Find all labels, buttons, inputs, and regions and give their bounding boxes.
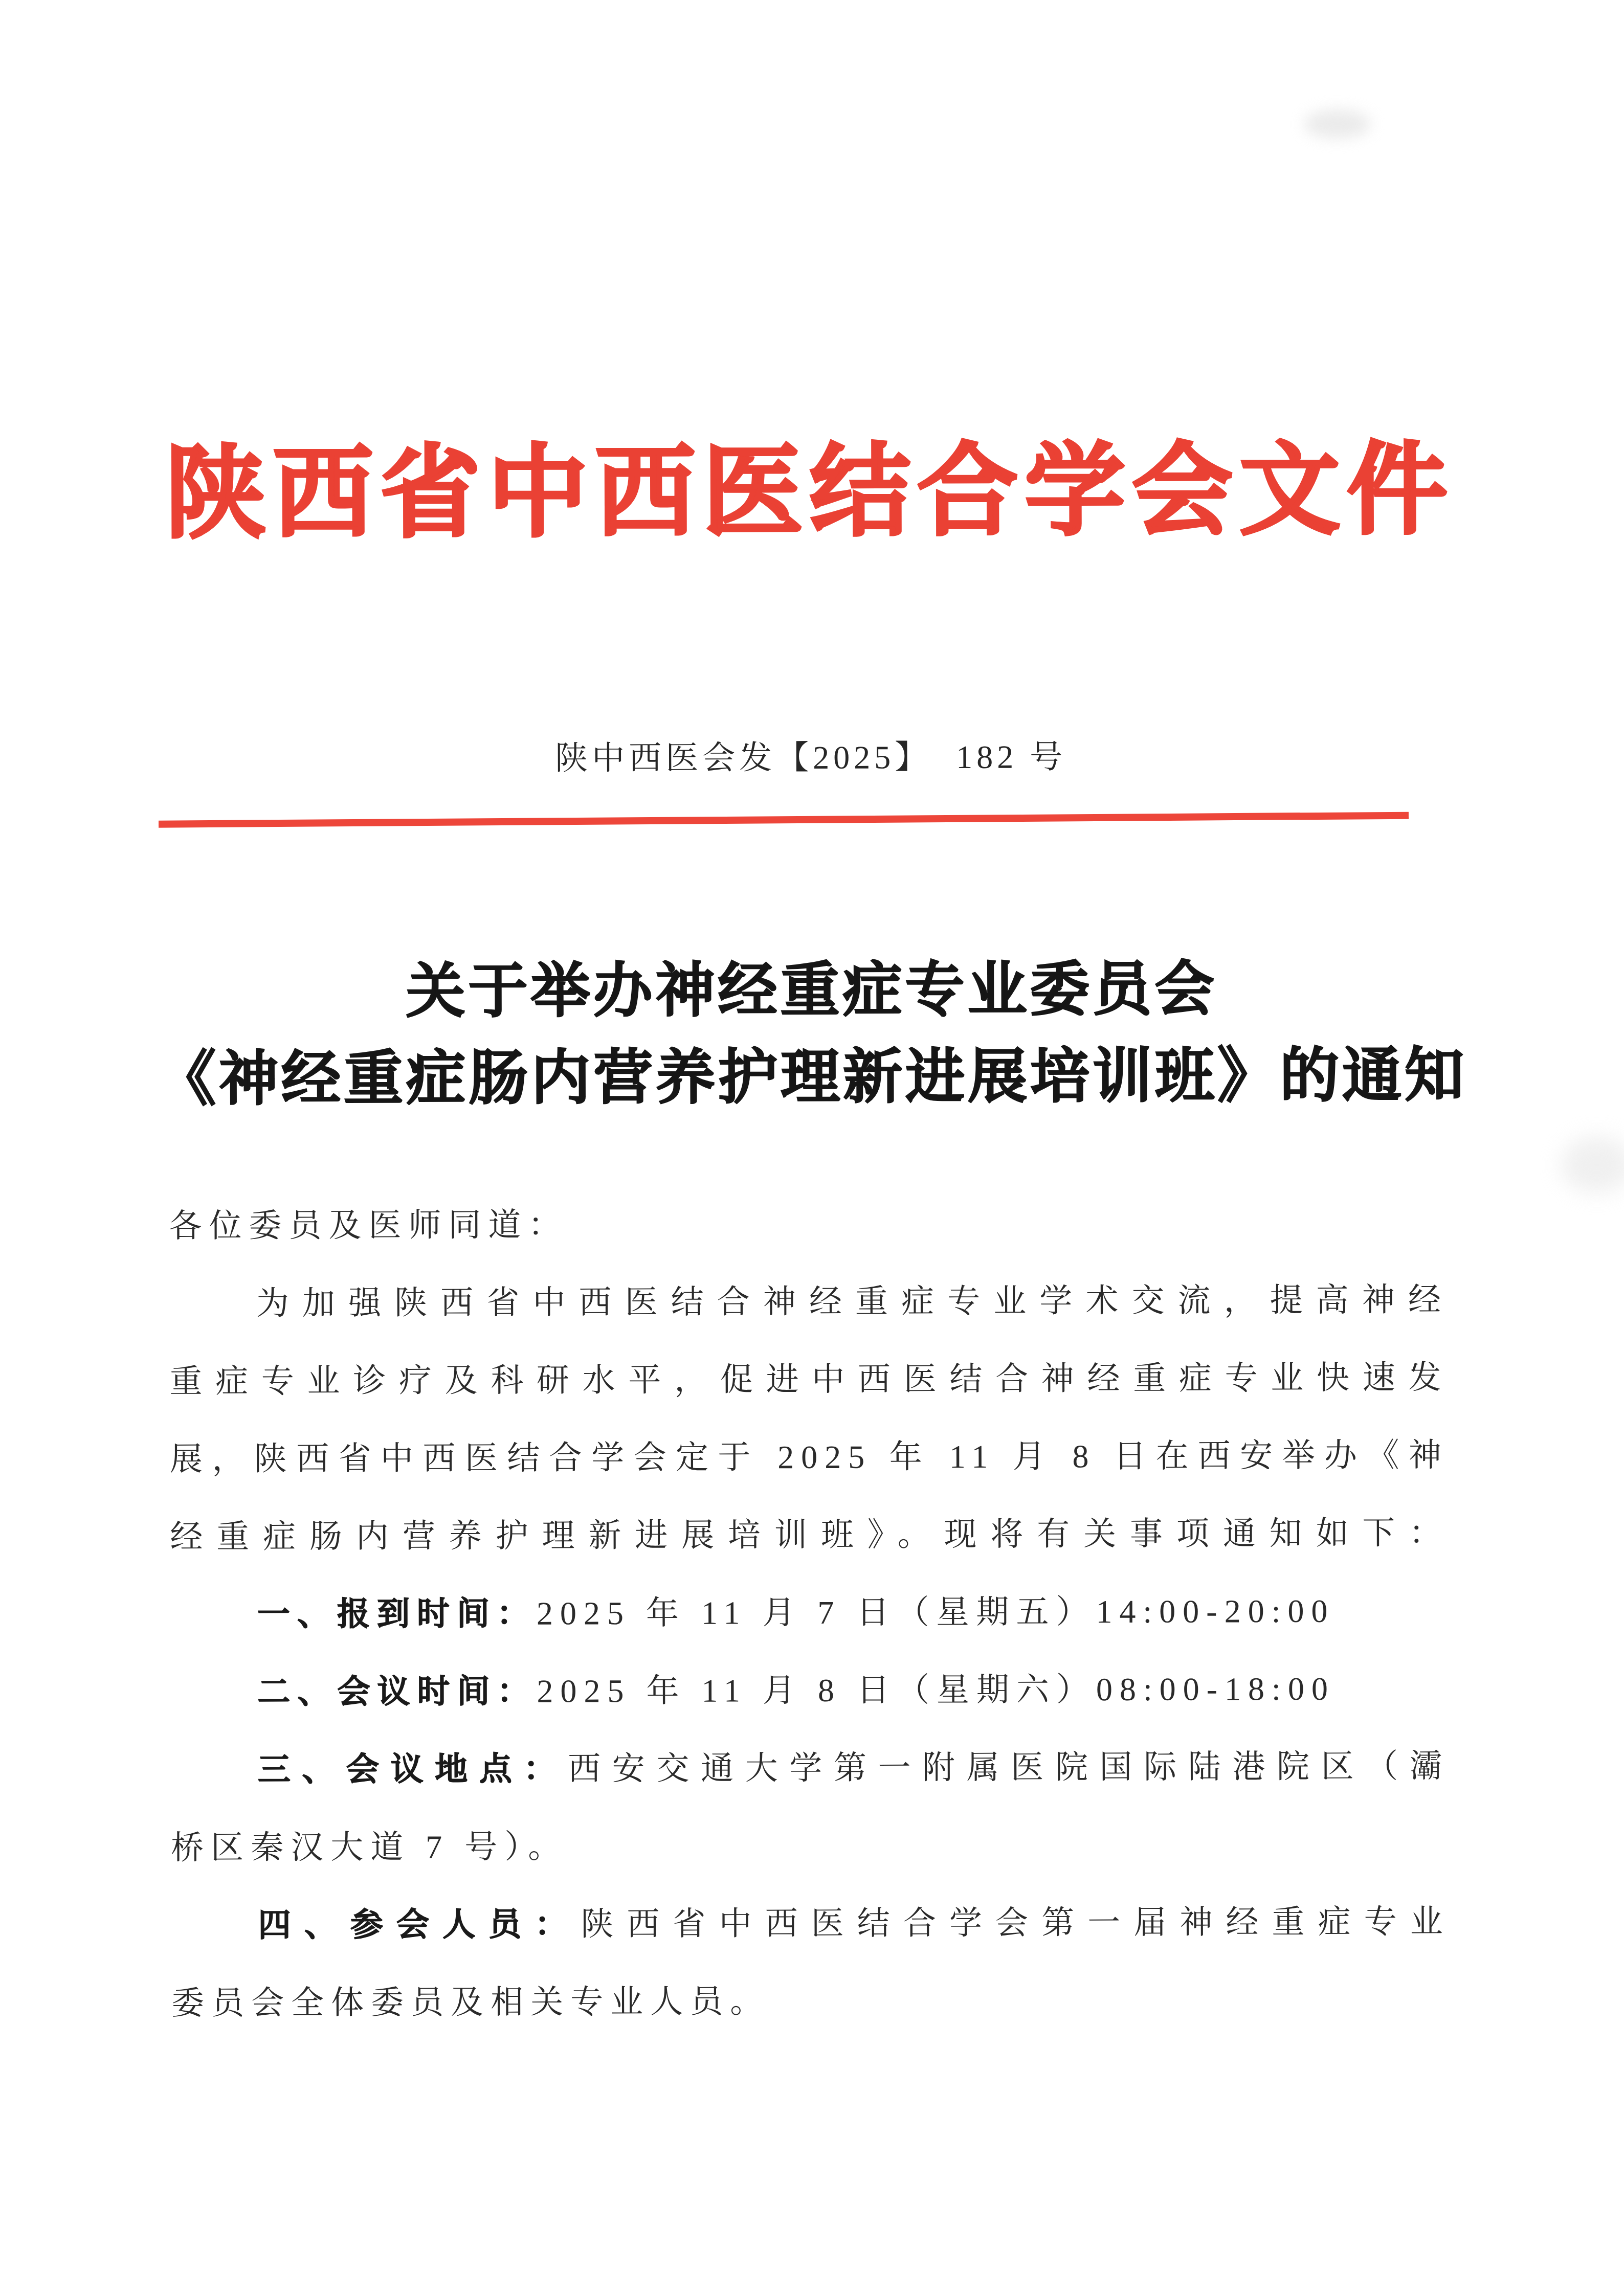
- salutation-text: 各位委员及医师同道：: [169, 1206, 568, 1244]
- body-line-label: 二、会议时间：: [257, 1673, 537, 1710]
- body-line-text: 重症专业诊疗及科研水平，促进中西医结合神经重症专业快速发: [169, 1359, 1448, 1400]
- org-title: 陕西省中西医结合学会文件: [0, 428, 1622, 558]
- body-line-text: 2025 年 11 月 7 日（星期五）14:00-20:00: [537, 1593, 1335, 1632]
- body-line: 三、会议地点：西安交通大学第一附属医院国际陆港院区（灞: [171, 1727, 1450, 1809]
- body-text: 各位委员及医师同道： 为加强陕西省中西医结合神经重症专业学术交流，提高神经 重症…: [169, 1183, 1450, 2042]
- notice-title-line2: 《神经重症肠内营养护理新进展培训班》的通知: [0, 1037, 1624, 1119]
- body-line-label: 四、参会人员：: [258, 1906, 581, 1943]
- body-line: 委员会全体委员及相关专业人员。: [171, 1961, 1450, 2042]
- document-content: 陕西省中西医结合学会文件 陕中西医会发【2025】 182 号 关于举办神经重症…: [0, 0, 1624, 2296]
- body-line-text: 经重症肠内营养护理新进展培训班》。现将有关事项通知如下：: [170, 1515, 1449, 1555]
- body-line-text: 委员会全体委员及相关专业人员。: [171, 1983, 770, 2021]
- notice-title-line1: 关于举办神经重症专业委员会: [0, 950, 1623, 1032]
- scan-smudge: [1561, 1137, 1624, 1193]
- body-line: 一、报到时间：2025 年 11 月 7 日（星期五）14:00-20:00: [170, 1572, 1449, 1654]
- body-line: 四、参会人员：陕西省中西医结合学会第一届神经重症专业: [171, 1883, 1450, 1965]
- body-line-text: 展，陕西省中西医结合学会定于 2025 年 11 月 8 日在西安举办《神: [170, 1437, 1449, 1477]
- scan-smudge: [1304, 110, 1371, 139]
- body-line-text: 2025 年 11 月 8 日（星期六）08:00-18:00: [537, 1671, 1335, 1709]
- body-line: 经重症肠内营养护理新进展培训班》。现将有关事项通知如下：: [170, 1494, 1449, 1576]
- body-line: 展，陕西省中西医结合学会定于 2025 年 11 月 8 日在西安举办《神: [170, 1416, 1449, 1498]
- salutation: 各位委员及医师同道：: [169, 1183, 1448, 1265]
- body-line-text: 西安交通大学第一附属医院国际陆港院区（灞: [568, 1748, 1450, 1787]
- body-line: 为加强陕西省中西医结合神经重症专业学术交流，提高神经: [169, 1261, 1448, 1343]
- body-line: 重症专业诊疗及科研水平，促进中西医结合神经重症专业快速发: [169, 1339, 1448, 1421]
- body-line-text: 桥区秦汉大道 7 号）。: [171, 1829, 568, 1866]
- body-line-label: 三、会议地点：: [258, 1751, 568, 1788]
- body-line-text: 陕西省中西医结合学会第一届神经重症专业: [581, 1903, 1450, 1942]
- body-line: 二、会议时间：2025 年 11 月 8 日（星期六）08:00-18:00: [170, 1650, 1449, 1731]
- body-line-label: 一、报到时间：: [257, 1595, 537, 1633]
- doc-number: 陕中西医会发【2025】 182 号: [0, 732, 1623, 784]
- red-separator-line: [159, 812, 1409, 828]
- body-line-text: 为加强陕西省中西医结合神经重症专业学术交流，提高神经: [256, 1281, 1448, 1321]
- body-line: 桥区秦汉大道 7 号）。: [171, 1805, 1450, 1887]
- scanned-document-page: 陕西省中西医结合学会文件 陕中西医会发【2025】 182 号 关于举办神经重症…: [0, 0, 1624, 2296]
